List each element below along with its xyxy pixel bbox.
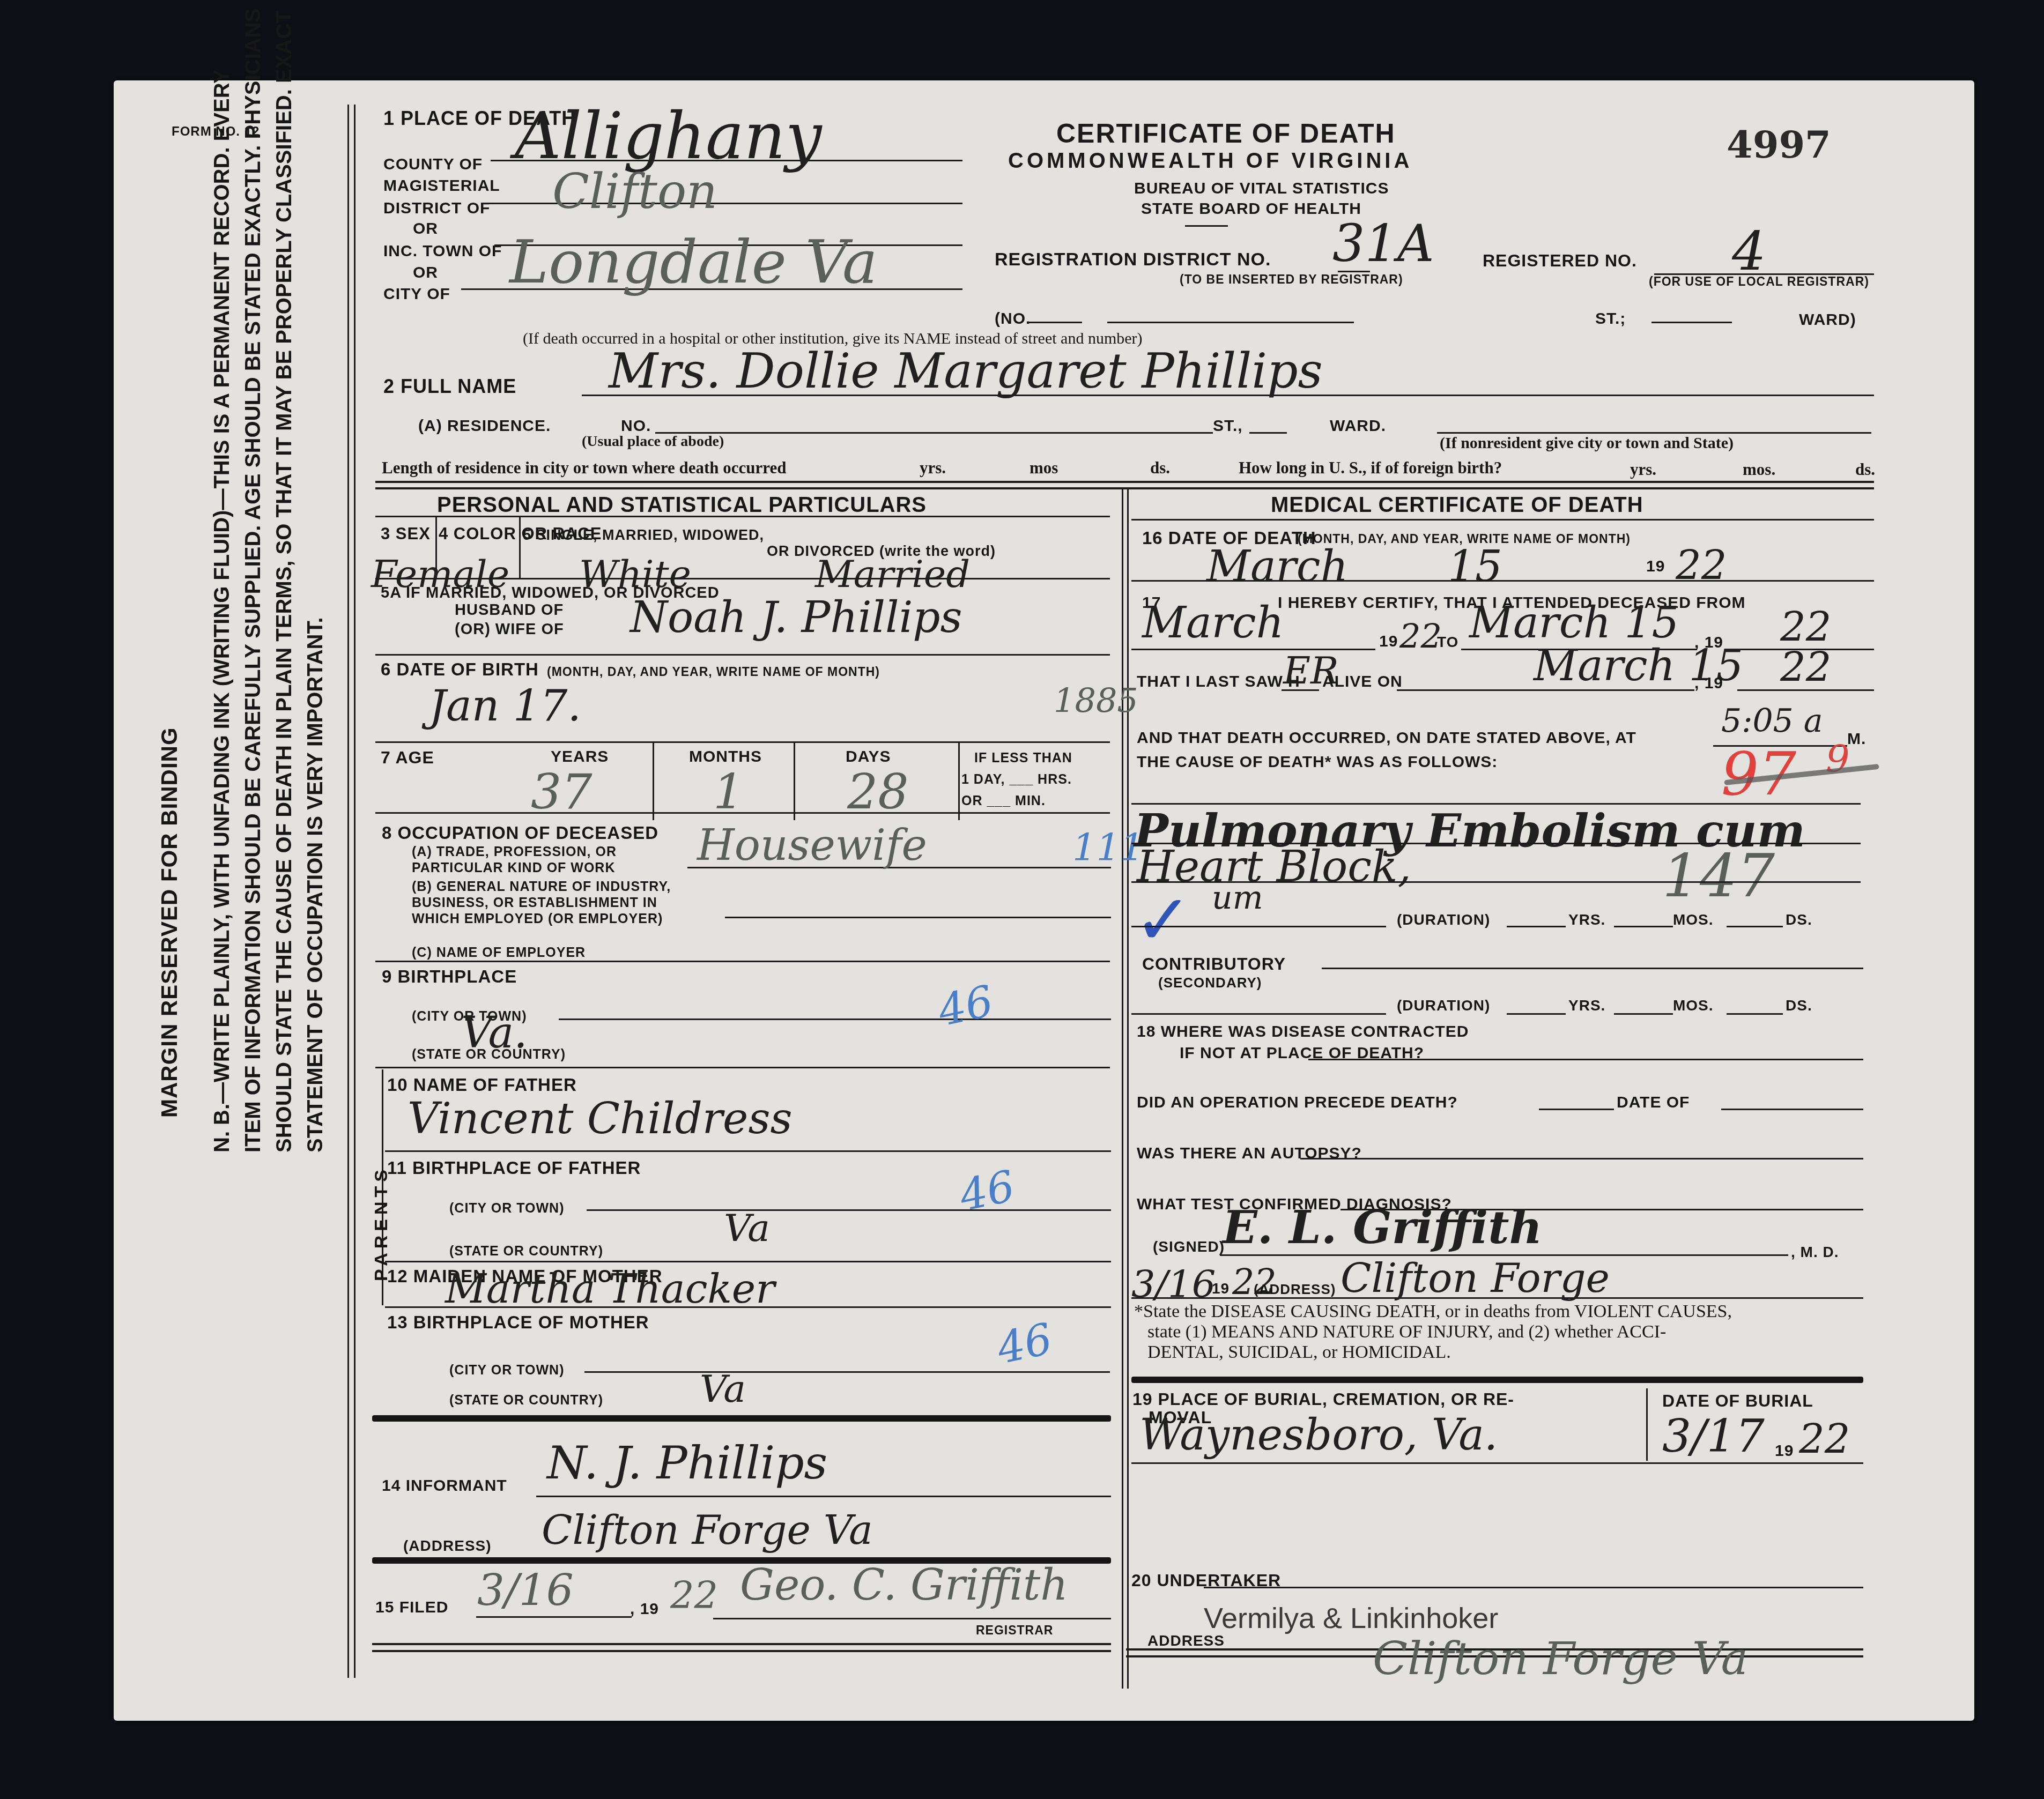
registered-no-value[interactable]: 4 [1732,220,1766,283]
town-label: INC. TOWN OF [383,242,502,261]
burial-col-divider [1646,1388,1648,1461]
physician-address-value[interactable]: Clifton Forge [1341,1254,1610,1302]
footnote-2: state (1) MEANS AND NATURE OF INJURY, an… [1147,1322,1666,1342]
death-time-value[interactable]: 5:05 a [1721,702,1823,740]
duration-1-yrs: YRS. [1568,911,1605,928]
street-label: ST.; [1595,310,1626,328]
burial-rule [1131,1462,1863,1464]
foreign-mos: mos. [1743,460,1775,479]
dod-rule [1131,580,1874,582]
age-label: 7 AGE [381,748,434,768]
less-than-1: IF LESS THAN [974,750,1072,766]
mother-birth-state-value[interactable]: Va [700,1367,746,1411]
medical-heading: MEDICAL CERTIFICATE OF DEATH [1271,493,1643,517]
age-col-divider-3 [958,742,960,820]
certificate-number: 4997 [1727,122,1831,167]
margin-instruction-1: N. B.—WRITE PLAINLY, WITH UNFADING INK (… [210,69,234,1153]
contributory-label: CONTRIBUTORY [1142,954,1286,974]
duration-2-label: (DURATION) [1397,997,1490,1014]
form-border-left-2 [354,105,356,1678]
filed-year-prefix: , 19 [630,1600,659,1618]
margin-binding-note: MARGIN RESERVED FOR BINDING [157,727,182,1118]
duration-2-ds: DS. [1786,997,1812,1014]
foreign-yrs: yrs. [1630,460,1656,479]
father-city-line [587,1209,1111,1211]
bureau: BUREAU OF VITAL STATISTICS [1134,180,1389,198]
street-no-label: (NO. [995,310,1031,328]
duration-2-yrs-line [1507,1013,1566,1015]
date-of-label: DATE OF [1617,1094,1690,1112]
registered-no-note: (FOR USE OF LOCAL REGISTRAR) [1649,274,1869,289]
father-city-label: (CITY OR TOWN) [449,1201,564,1216]
residence-abode-note: (Usual place of abode) [582,433,724,450]
margin-instruction-4: STATEMENT OF OCCUPATION IS VERY IMPORTAN… [303,617,328,1153]
medical-bottom-rule [1131,1377,1863,1383]
date-of-line [1721,1109,1863,1110]
attended-from-19: 19 [1379,633,1398,651]
row-rule-2 [375,654,1110,656]
district-label-2: DISTRICT OF [383,199,490,218]
spouse-label-2: HUSBAND OF [455,601,564,619]
nonresident-note: (If nonresident give city or town and St… [1440,434,1734,452]
duration-2-ds-line [1727,1013,1783,1015]
less-than-3: OR ___ MIN. [961,793,1046,809]
title-rule [1185,225,1228,227]
center-divider [1122,488,1123,1689]
cause-code-red-2: 9 [1826,737,1850,781]
to-label: TO [1437,634,1458,651]
occ-c: (C) NAME OF EMPLOYER [412,945,586,961]
full-name-label: 2 FULL NAME [383,375,516,398]
burial-place-label-1: 19 PLACE OF BURIAL, CREMATION, OR RE- [1132,1389,1514,1409]
autopsy-line [1300,1158,1863,1159]
occupation-label: 8 OCCUPATION OF DECEASED [382,823,658,843]
ward-label: WARD) [1799,311,1856,329]
cause-code-pencil: 147 [1662,842,1775,910]
duration-1-yrs-line [1507,926,1566,927]
secondary-label: (SECONDARY) [1158,975,1262,991]
informant-line [536,1496,1111,1497]
informant-address-label: (ADDRESS) [403,1537,492,1555]
duration-2-line [1131,1013,1386,1015]
district-value[interactable]: Clifton [552,163,717,220]
registrar-value[interactable]: Geo. C. Griffith [740,1560,1068,1610]
registrar-label: REGISTRAR [976,1623,1053,1638]
burial-year[interactable]: 22 [1799,1415,1850,1462]
margin-instruction-2: ITEM OF INFORMATION SHOULD BE CAREFULLY … [241,8,265,1153]
checkmark-icon: ✓ [1134,879,1193,961]
duration-2-mos-line [1614,1013,1673,1015]
city-value[interactable]: Longdale Va [509,228,878,296]
footnote-1: *State the DISEASE CAUSING DEATH, or in … [1134,1302,1732,1322]
district-label-1: MAGISTERIAL [383,177,500,195]
footnote-3: DENTAL, SUICIDAL, or HOMICIDAL. [1147,1342,1451,1363]
duration-2-yrs: YRS. [1568,997,1605,1014]
duration-1-line [1131,926,1386,927]
dod-month[interactable]: March [1206,541,1348,591]
md-label: , M. D. [1791,1244,1839,1261]
age-days-label: DAYS [846,748,891,766]
occupation-value[interactable]: Housewife [697,820,927,870]
father-birth-state-value[interactable]: Va [724,1206,770,1250]
or-label-1: OR [413,220,438,238]
burial-place-value[interactable]: Waynesboro, Va. [1139,1410,1498,1460]
length-ds: ds. [1150,458,1170,478]
filed-label: 15 FILED [375,1599,448,1617]
full-name-value[interactable]: Mrs. Dollie Margaret Phillips [609,343,1323,399]
filed-bottom-rule-2 [372,1650,1111,1652]
physician-address-label: (ADDRESS) [1254,1281,1336,1298]
age-years-label: YEARS [551,748,609,766]
mother-state-label: (STATE OR COUNTRY) [449,1393,603,1408]
father-name-label: 10 NAME OF FATHER [387,1075,577,1095]
row-rule-5 [375,961,1110,962]
registration-district-label: REGISTRATION DISTRICT NO. [995,249,1271,270]
dod-year-prefix: 19 [1646,557,1665,576]
duration-1-ds: DS. [1786,911,1812,928]
or-label-2: OR [413,264,438,282]
occ-b-line [725,917,1111,918]
last-saw-19: , 19 [1694,674,1723,693]
marital-label-1: 5 SINGLE, MARRIED, WIDOWED, [523,527,764,544]
signed-year-prefix: 19 [1212,1280,1230,1297]
dob-note: (MONTH, DAY, AND YEAR, WRITE NAME OF MON… [547,665,880,679]
duration-note[interactable]: um [1212,879,1263,917]
less-than-2: 1 DAY, ___ HRS. [961,772,1072,787]
duration-1-mos-line [1614,926,1673,927]
attended-from-year[interactable]: 22 [1399,616,1442,656]
filed-year[interactable]: 22 [670,1573,718,1617]
occ-b-1: (B) GENERAL NATURE OF INDUSTRY, [412,879,671,895]
residence-no-label: NO. [621,417,651,435]
death-time-label: AND THAT DEATH OCCURRED, ON DATE STATED … [1137,729,1636,747]
center-divider-2 [1127,488,1129,1689]
undertaker-value[interactable]: Vermilya & Linkinhoker [1204,1602,1498,1635]
certificate-title: CERTIFICATE OF DEATH [1056,118,1396,149]
jurisdiction: COMMONWEALTH OF VIRGINIA [1008,149,1412,173]
col-divider-2 [519,517,521,578]
mother-city-line [584,1371,1110,1373]
birthplace-city-line [559,1019,1111,1020]
section-rule-top-1 [375,481,1874,483]
dob-label: 6 DATE OF BIRTH [381,659,539,680]
father-name-line [385,1150,1111,1152]
spouse-value[interactable]: Noah J. Phillips [630,592,962,642]
contributory-line [1322,968,1863,969]
parents-side-label: PARENTS [371,1165,392,1281]
father-name-value[interactable]: Vincent Childress [408,1094,793,1143]
informant-label: 14 INFORMANT [382,1477,507,1495]
residence-ward-label: WARD. [1330,417,1386,435]
dod-day[interactable]: 15 [1448,541,1502,591]
city-label: CITY OF [383,285,450,303]
length-yrs: yrs. [920,458,946,478]
ward-line [1652,322,1732,323]
operation-label: DID AN OPERATION PRECEDE DEATH? [1137,1094,1458,1112]
occ-b-2: BUSINESS, OR ESTABLISHMENT IN [412,895,657,911]
county-label: COUNTY OF [383,155,483,174]
filed-bottom-rule-1 [372,1643,1111,1645]
row-rule-3 [375,741,1110,743]
length-residence-label: Length of residence in city or town wher… [382,458,787,478]
attended-from[interactable]: March [1142,598,1284,648]
occ-a-1: (A) TRADE, PROFESSION, OR [412,844,617,860]
registration-district-note: (TO BE INSERTED BY REGISTRAR) [1180,272,1403,287]
m-label: M. [1847,730,1866,748]
form-border-left-1 [347,105,349,1678]
personal-heading: PERSONAL AND STATISTICAL PARTICULARS [437,493,927,517]
last-saw-year[interactable]: 22 [1780,643,1831,690]
physician-signature[interactable]: E. L. Griffith [1223,1201,1542,1254]
row-rule-4 [375,812,1110,814]
age-col-divider-2 [794,742,795,820]
undertaker-address-label: ADDRESS [1147,1632,1225,1649]
registrar-line [713,1618,1111,1619]
signed-label: (SIGNED) [1153,1238,1225,1255]
filed-line [476,1616,632,1618]
margin-instruction-3: SHOULD STATE THE CAUSE OF DEATH IN PLAIN… [272,10,297,1153]
signed-date[interactable]: 3/16 [1131,1262,1216,1306]
section-rule-top-2 [375,487,1874,489]
mother-name-value[interactable]: Martha Thacker [445,1265,775,1312]
parents-bottom-rule [372,1415,1111,1422]
county-value[interactable]: Allighany [515,99,822,174]
last-saw-label: THAT I LAST SAW H [1137,673,1300,691]
filed-date[interactable]: 3/16 [477,1565,574,1615]
father-birth-label: 11 BIRTHPLACE OF FATHER [387,1158,641,1178]
occ-a-2: PARTICULAR KIND OF WORK [412,860,615,876]
street-no-line [1028,322,1082,323]
father-state-label: (STATE OR COUNTRY) [449,1244,603,1259]
foreign-birth-label: How long in U. S., if of foreign birth? [1239,458,1502,478]
undertaker-address-value[interactable]: Clifton Forge Va [1373,1632,1748,1685]
row-rule-6 [375,1067,1110,1068]
burial-year-prefix: 19 [1775,1442,1794,1460]
street-line [1107,322,1354,323]
operation-line [1539,1109,1614,1110]
duration-1-mos: MOS. [1673,911,1714,928]
residence-ward-line [1437,432,1871,434]
spouse-label-3: (OR) WIFE OF [455,621,564,638]
autopsy-label: WAS THERE AN AUTOPSY? [1137,1144,1362,1163]
board: STATE BOARD OF HEALTH [1141,200,1361,218]
informant-address-value[interactable]: Clifton Forge Va [542,1506,873,1553]
row-rule-1 [375,578,1110,579]
duration-1-label: (DURATION) [1397,911,1490,928]
sex-label: 3 SEX [381,524,431,544]
medical-heading-rule [1131,519,1874,521]
duration-2-mos: MOS. [1673,997,1714,1014]
occ-b-3: WHICH EMPLOYED (OR EMPLOYER) [412,911,663,927]
cause-label: THE CAUSE OF DEATH* WAS AS FOLLOWS: [1137,753,1498,771]
marital-value[interactable]: Married [815,552,970,596]
alive-on-label: ALIVE ON [1322,673,1403,691]
residence-st-label: ST., [1213,417,1243,435]
birthplace-state-value[interactable]: Va. [461,1008,528,1058]
occupation-code: 111 [1072,826,1144,869]
residence-st-line [1249,432,1287,434]
residence-label: (A) RESIDENCE. [418,417,551,435]
registration-district-value[interactable]: 31A [1332,214,1434,273]
burial-date-label: DATE OF BURIAL [1662,1391,1813,1411]
dob-value[interactable]: Jan 17. [429,681,581,731]
mother-name-line [385,1306,1111,1308]
duration-1-ds-line [1727,926,1783,927]
birthplace-label: 9 BIRTHPLACE [382,967,517,987]
length-mos: mos [1030,458,1058,478]
informant-value[interactable]: N. J. Phillips [547,1437,827,1490]
age-months-label: MONTHS [689,748,762,766]
registered-no-label: REGISTERED NO. [1483,251,1637,271]
disease-contracted-label: 18 WHERE WAS DISEASE CONTRACTED [1137,1023,1469,1041]
mother-birth-label: 13 BIRTHPLACE OF MOTHER [387,1312,649,1333]
mother-city-label: (CITY OR TOWN) [449,1363,564,1378]
dob-year[interactable]: 1885 [1054,681,1138,720]
burial-date-value[interactable]: 3/17 [1662,1410,1765,1463]
not-at-place-line [1308,1059,1863,1060]
age-col-divider-1 [653,742,654,820]
residence-line [655,432,1213,434]
father-birth-line [385,1261,1111,1262]
personal-heading-rule [375,516,1110,517]
undertaker-line [1204,1587,1863,1588]
foreign-ds: ds. [1855,460,1875,479]
